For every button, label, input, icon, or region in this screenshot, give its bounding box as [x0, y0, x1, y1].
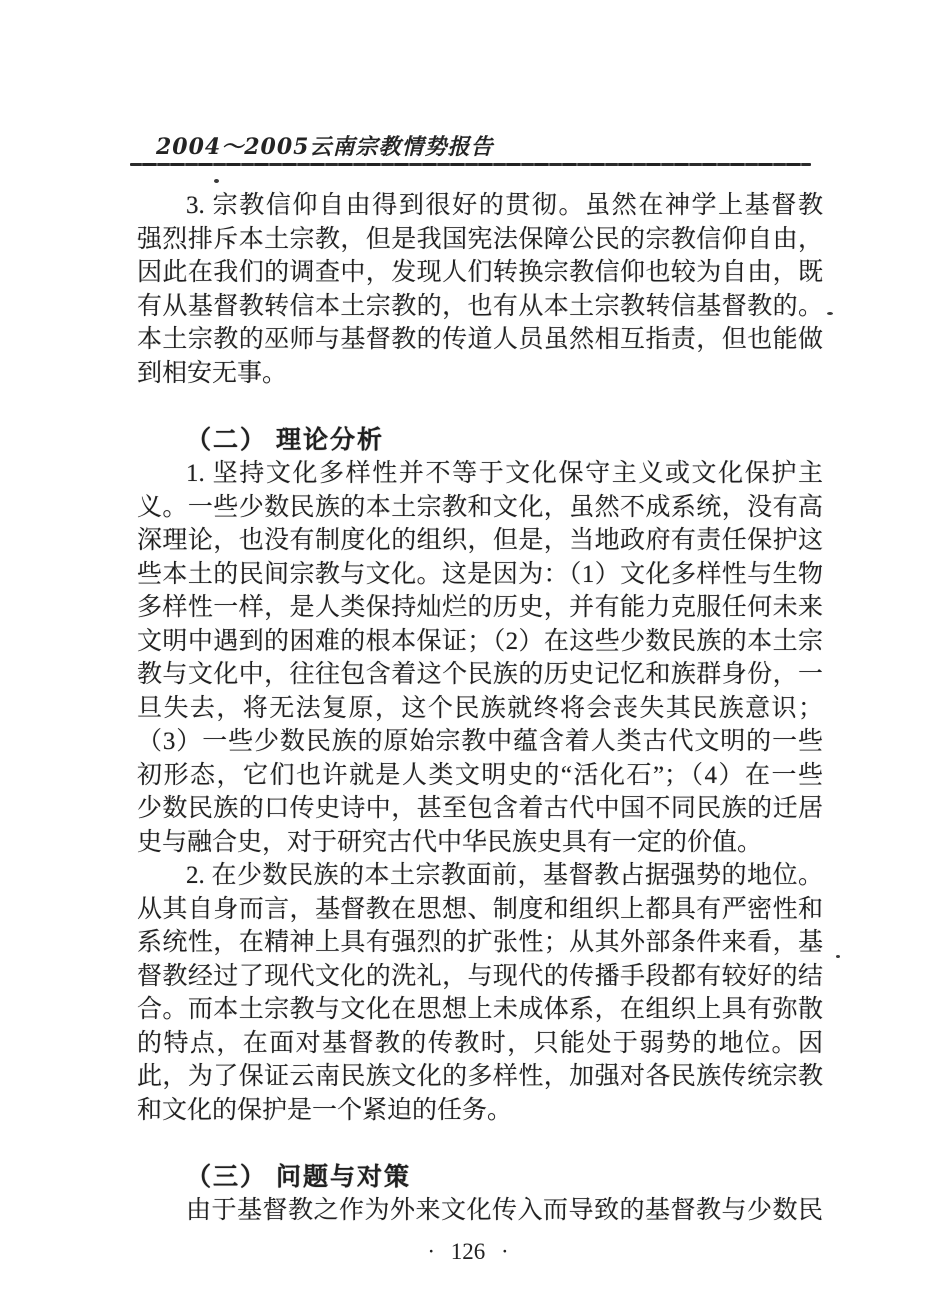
scan-artifact	[836, 955, 840, 958]
section-heading: （二） 理论分析	[137, 424, 823, 458]
text-line: 到相安无事。	[137, 357, 823, 391]
text-line: 因此在我们的调查中，发现人们转换宗教信仰也较为自由，既	[137, 256, 823, 290]
book-page: 2004～2005云南宗教情势报告 3. 宗教信仰自由得到很好的贯彻。虽然在神学…	[0, 0, 936, 1310]
text-line: 此，为了保证云南民族文化的多样性，加强对各民族传统宗教	[137, 1060, 823, 1094]
text-line: 合。而本土宗教与文化在思想上未成体系，在组织上具有弥散	[137, 993, 823, 1027]
text-line: 本土宗教的巫师与基督教的传道人员虽然相互指责，但也能做	[137, 323, 823, 357]
text-line: 从其自身而言，基督教在思想、制度和组织上都具有严密性和	[137, 893, 823, 927]
section-heading: （三） 问题与对策	[137, 1161, 823, 1195]
blank-line	[137, 390, 823, 424]
paragraph: 由于基督教之作为外来文化传入而导致的基督教与少数民	[137, 1194, 823, 1228]
text-line: 强烈排斥本土宗教，但是我国宪法保障公民的宗教信仰自由，	[137, 223, 823, 257]
header-rule	[130, 163, 811, 166]
text-line: 系统性，在精神上具有强烈的扩张性；从其外部条件来看，基	[137, 926, 823, 960]
paragraph: 1. 坚持文化多样性并不等于文化保守主义或文化保护主义。一些少数民族的本土宗教和…	[137, 457, 823, 859]
paragraph: 3. 宗教信仰自由得到很好的贯彻。虽然在神学上基督教强烈排斥本土宗教，但是我国宪…	[137, 189, 823, 390]
text-line: 多样性一样，是人类保持灿烂的历史，并有能力克服任何未来	[137, 591, 823, 625]
text-line: 督教经过了现代文化的洗礼，与现代的传播手段都有较好的结	[137, 960, 823, 994]
text-line: 3. 宗教信仰自由得到很好的贯彻。虽然在神学上基督教	[137, 189, 823, 223]
text-line: 教与文化中，往往包含着这个民族的历史记忆和族群身份，一	[137, 658, 823, 692]
text-line: 1. 坚持文化多样性并不等于文化保守主义或文化保护主	[137, 457, 823, 491]
text-line: 史与融合史，对于研究古代中华民族史具有一定的价值。	[137, 826, 823, 860]
text-block: 3. 宗教信仰自由得到很好的贯彻。虽然在神学上基督教强烈排斥本土宗教，但是我国宪…	[137, 189, 823, 1228]
text-line: 旦失去，将无法复原，这个民族就终将会丧失其民族意识；	[137, 692, 823, 726]
text-line: 文明中遇到的困难的根本保证；（2）在这些少数民族的本土宗	[137, 625, 823, 659]
text-line: 2. 在少数民族的本土宗教面前，基督教占据强势的地位。	[137, 859, 823, 893]
text-line: 初形态，它们也许就是人类文明史的“活化石”；（4）在一些	[137, 759, 823, 793]
blank-line	[137, 1127, 823, 1161]
text-line: （3）一些少数民族的原始宗教中蕴含着人类古代文明的一些最	[137, 725, 823, 759]
text-line: 深理论，也没有制度化的组织，但是，当地政府有责任保护这	[137, 524, 823, 558]
scan-artifact	[827, 312, 833, 315]
page-number: · 126 ·	[0, 1239, 936, 1265]
text-line: 些本土的民间宗教与文化。这是因为：（1）文化多样性与生物	[137, 558, 823, 592]
running-header: 2004～2005云南宗教情势报告	[156, 130, 493, 161]
text-line: 有从基督教转信本土宗教的，也有从本土宗教转信基督教的。	[137, 290, 823, 324]
text-line: 义。一些少数民族的本土宗教和文化，虽然不成系统，没有高	[137, 491, 823, 525]
text-line: 的特点，在面对基督教的传教时，只能处于弱势的地位。因	[137, 1027, 823, 1061]
text-line: 少数民族的口传史诗中，甚至包含着古代中国不同民族的迁居	[137, 792, 823, 826]
paragraph: 2. 在少数民族的本土宗教面前，基督教占据强势的地位。从其自身而言，基督教在思想…	[137, 859, 823, 1127]
scan-artifact	[214, 179, 219, 183]
text-line: 由于基督教之作为外来文化传入而导致的基督教与少数民	[137, 1194, 823, 1228]
text-line: 和文化的保护是一个紧迫的任务。	[137, 1094, 823, 1128]
